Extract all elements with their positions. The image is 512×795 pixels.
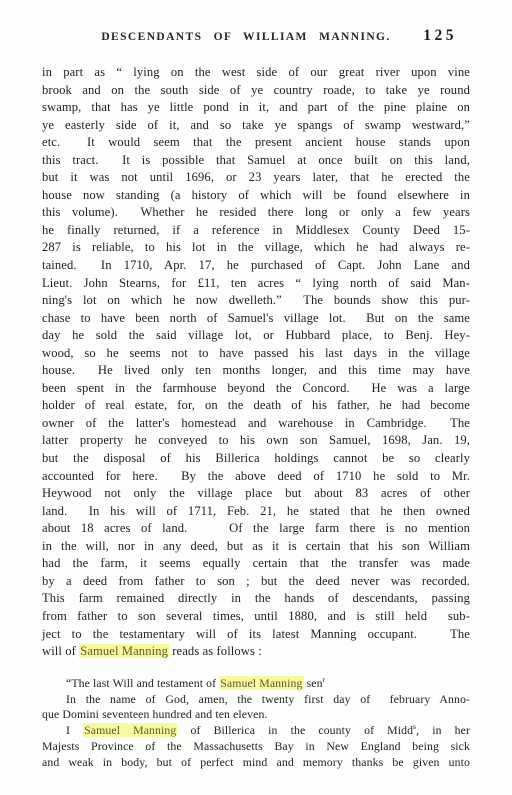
text-line: Majests Province of the Massachusetts Ba… [42,739,470,755]
text-line: been spent in the farmhouse beyond the C… [42,380,470,398]
main-paragraph: in part as “ lying on the west side of o… [42,64,470,661]
text-line: chase to have been north of Samuel's vil… [42,310,470,328]
text-line: “The last Will and testament of Samuel M… [42,676,470,692]
text-line: had the farm, it seems equally certain t… [42,555,470,573]
text-line: latter property he conveyed to his own s… [42,432,470,450]
search-highlight: Samuel Manning [83,723,177,737]
text-line: Heywood not only the village place but a… [42,485,470,503]
text-line: and weak in body, but of perfect mind an… [42,755,470,771]
text-line: from father to son several times, until … [42,608,470,626]
search-highlight: Samuel Manning [219,676,303,690]
text-line: about 18 acres of land. Of the large far… [42,520,470,538]
text-line: house now standing (a history of which w… [42,187,470,205]
text-line: holder of real estate, for, on the death… [42,397,470,415]
text-line: day he sold the said village lot, or Hub… [42,327,470,345]
text-line: etc. It would seem that the present anci… [42,134,470,152]
text-line: in the will, nor in any deed, but as it … [42,538,470,556]
text-line: owner of the latter's homestead and ware… [42,415,470,433]
text-line: will of Samuel Manning reads as follows … [42,643,470,661]
running-title: DESCENDANTS OF WILLIAM MANNING. [32,31,460,43]
text-line: this tract. It is possible that Samuel a… [42,152,470,170]
text-line: in part as “ lying on the west side of o… [42,64,470,82]
text-line: but it was not until 1696, or 23 years l… [42,169,470,187]
text-line: In the name of God, amen, the twenty fir… [42,692,470,708]
page-number: 125 [423,27,457,45]
superscript: s [413,722,416,731]
superscript: r [323,675,326,684]
text-line: This farm remained directly in the hands… [42,590,470,608]
search-highlight: Samuel Manning [79,644,169,658]
text-line: wood, so he seems not to have passed his… [42,345,470,363]
text-line: swamp, that has ye little pond in it, an… [42,99,470,117]
text-line: I Samuel Manning of Billerica in the cou… [42,723,470,739]
text-line: que Domini seventeen hundred and ten ele… [42,707,470,723]
text-line: ye easterly side of it, and so take ye s… [42,117,470,135]
text-line: brook and on the south side of ye countr… [42,82,470,100]
text-line: accounted for here. By the above deed of… [42,468,470,486]
text-line: but the disposal of his Billerica holdin… [42,450,470,468]
text-line: ning's lot on which he now dwelleth.” Th… [42,292,470,310]
text-line: by a deed from father to son ; but the d… [42,573,470,591]
text-line: land. In his will of 1711, Feb. 21, he s… [42,503,470,521]
text-line: he finally returned, if a reference in M… [42,222,470,240]
text-line: ject to the testamentary will of its lat… [42,626,470,644]
page-header: DESCENDANTS OF WILLIAM MANNING. 125 [42,31,470,53]
text-line: Lieut. John Stearns, for £11, ten acres … [42,275,470,293]
text-line: this volume). Whether he resided there l… [42,204,470,222]
text-line: house. He lived only ten months longer, … [42,362,470,380]
text-line: tained. In 1710, Apr. 17, he purchased o… [42,257,470,275]
text-line: 287 is reliable, to his lot in the villa… [42,239,470,257]
book-page: DESCENDANTS OF WILLIAM MANNING. 125 in p… [0,0,512,795]
will-transcript-block: “The last Will and testament of Samuel M… [42,676,470,770]
